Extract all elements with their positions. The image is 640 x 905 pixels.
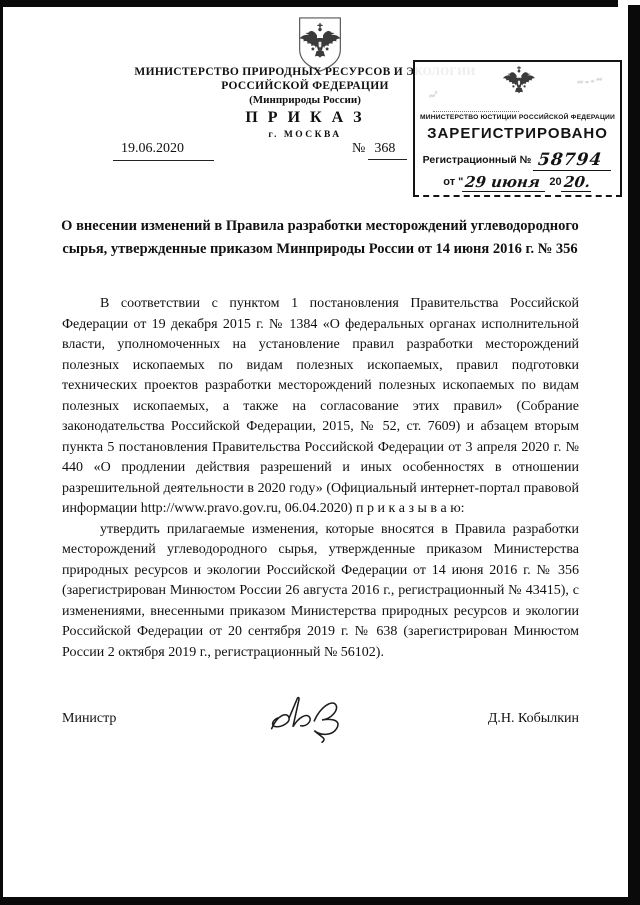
document-date: 19.06.2020 — [113, 141, 214, 161]
stamp-registration-number-line: Регистрационный № 58794 — [415, 150, 620, 171]
stamp-registered-label: ЗАРЕГИСТРИРОВАНО — [415, 125, 620, 142]
signer-position: Министр — [62, 711, 116, 727]
stamp-smudge-right: ~--~ — [576, 73, 605, 89]
registration-stamp: ~' ~--~ МИНИСТЕРСТВО ЮСТИЦИИ РОССИЙСКОЙ … — [413, 60, 622, 197]
stamp-date-handwritten: 29 июня — [462, 173, 547, 192]
number-sign: № — [352, 141, 365, 156]
stamp-year-printed: 20 — [549, 176, 561, 188]
stamp-year-handwritten: 20. — [561, 173, 593, 192]
order-body: В соответствии с пунктом 1 постановления… — [62, 294, 579, 663]
signature-block: Министр Д.Н. Кобылкин — [62, 688, 579, 750]
scan-edge-top — [0, 0, 618, 7]
stamp-reg-number-handwritten: 58794 — [533, 150, 613, 171]
body-paragraph-1: В соответствии с пунктом 1 постановления… — [62, 294, 579, 520]
stamp-eagle-icon — [500, 66, 538, 96]
signature-icon — [262, 688, 382, 750]
order-title: О внесении изменений в Правила разработк… — [60, 215, 580, 261]
number-value: 368 — [368, 141, 407, 160]
scan-edge-bottom — [0, 897, 640, 905]
scanned-order-document: МИНИСТЕРСТВО ПРИРОДНЫХ РЕСУРСОВ И ЭКОЛОГ… — [0, 0, 640, 905]
stamp-date-prefix: от " — [443, 176, 463, 188]
signer-name: Д.Н. Кобылкин — [488, 711, 579, 727]
document-number: №368 — [352, 141, 407, 157]
stamp-fold-mark — [433, 111, 519, 112]
scan-edge-right — [628, 5, 640, 905]
stamp-smudge-left: ~' — [428, 89, 439, 102]
body-paragraph-2: утвердить прилагаемые изменения, которые… — [62, 520, 579, 664]
stamp-ministry-name: МИНИСТЕРСТВО ЮСТИЦИИ РОССИЙСКОЙ ФЕДЕРАЦИ… — [417, 114, 618, 121]
stamp-date-line: от "29 июня 2020. — [415, 173, 620, 192]
stamp-reg-label: Регистрационный № — [423, 154, 532, 166]
